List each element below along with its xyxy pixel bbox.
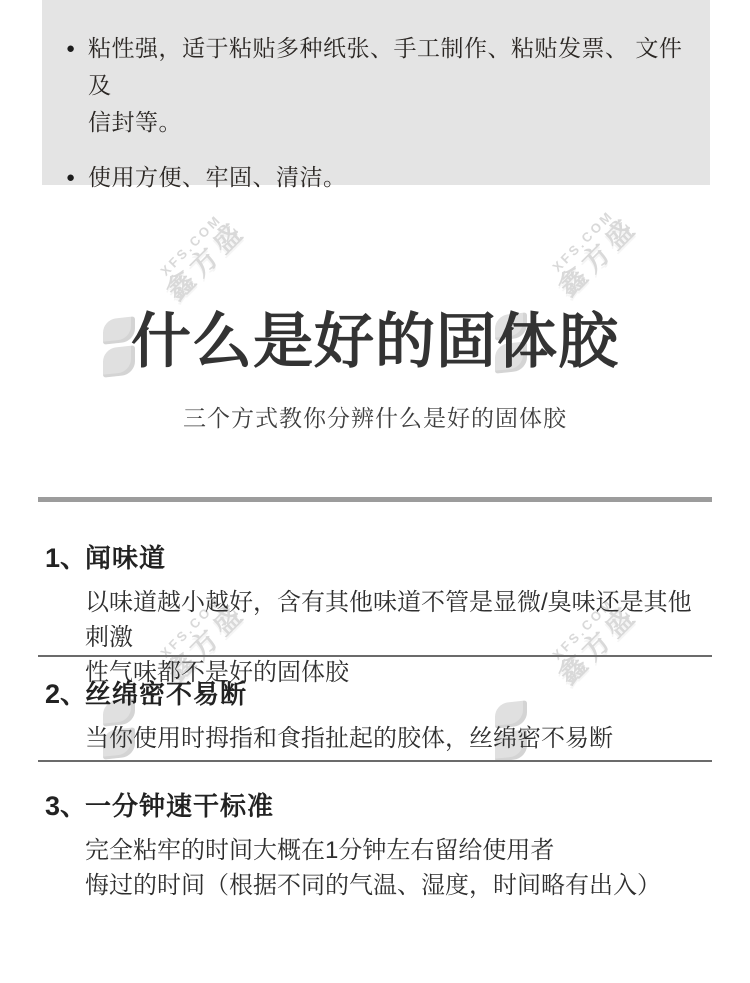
feature-item: ● 粘性强，适于粘贴多种纸张、手工制作、粘贴发票、 文件及 信封等。 (66, 30, 696, 141)
section-dry: 3、 一分钟速干标准 完全粘牢的时间大概在1分钟左右留给使用者 悔过的时间（根据… (45, 784, 715, 903)
body-line: 以味道越小越好，含有其他味道不管是显微/臭味还是其他刺激 (85, 585, 715, 655)
section-number: 2、 (45, 672, 85, 711)
divider-thin (38, 760, 712, 762)
feature-line: 使用方便、牢固、清洁。 (88, 159, 347, 196)
feature-item: ● 使用方便、牢固、清洁。 (66, 159, 696, 196)
section-smell: 1、 闻味道 以味道越小越好，含有其他味道不管是显微/臭味还是其他刺激 性气味都… (45, 536, 715, 690)
body-line: 悔过的时间（根据不同的气温、湿度，时间略有出入） (85, 868, 715, 903)
feature-text: 粘性强，适于粘贴多种纸张、手工制作、粘贴发票、 文件及 信封等。 (88, 30, 696, 141)
product-features-box: ● 粘性强，适于粘贴多种纸张、手工制作、粘贴发票、 文件及 信封等。 ● 使用方… (42, 0, 710, 185)
section-heading: 1、 闻味道 (45, 536, 715, 575)
bullet-icon: ● (66, 30, 88, 141)
section-heading: 3、 一分钟速干标准 (45, 784, 715, 823)
body-line: 完全粘牢的时间大概在1分钟左右留给使用者 (85, 833, 715, 868)
section-silk: 2、 丝绵密不易断 当你使用时拇指和食指扯起的胶体，丝绵密不易断 (45, 672, 715, 756)
section-title: 闻味道 (85, 538, 166, 575)
page-title: 什么是好的固体胶 (0, 305, 750, 379)
section-number: 1、 (45, 536, 85, 575)
feature-line: 粘性强，适于粘贴多种纸张、手工制作、粘贴发票、 文件及 (88, 30, 696, 104)
section-body: 当你使用时拇指和食指扯起的胶体，丝绵密不易断 (85, 721, 715, 756)
section-heading: 2、 丝绵密不易断 (45, 672, 715, 711)
section-number: 3、 (45, 784, 85, 823)
bullet-icon: ● (66, 159, 88, 196)
feature-text: 使用方便、牢固、清洁。 (88, 159, 347, 196)
section-title: 一分钟速干标准 (85, 786, 274, 823)
section-title: 丝绵密不易断 (85, 674, 247, 711)
page-subtitle: 三个方式教你分辨什么是好的固体胶 (0, 400, 750, 433)
feature-line: 信封等。 (88, 104, 696, 141)
watermark-site-text: XFS.COM (126, 180, 256, 310)
product-description-page: { "page": { "background": "#ffffff", "bo… (0, 0, 750, 983)
divider-thick (38, 497, 712, 502)
section-body: 完全粘牢的时间大概在1分钟左右留给使用者 悔过的时间（根据不同的气温、湿度，时间… (85, 833, 715, 903)
body-line: 当你使用时拇指和食指扯起的胶体，丝绵密不易断 (85, 721, 715, 756)
